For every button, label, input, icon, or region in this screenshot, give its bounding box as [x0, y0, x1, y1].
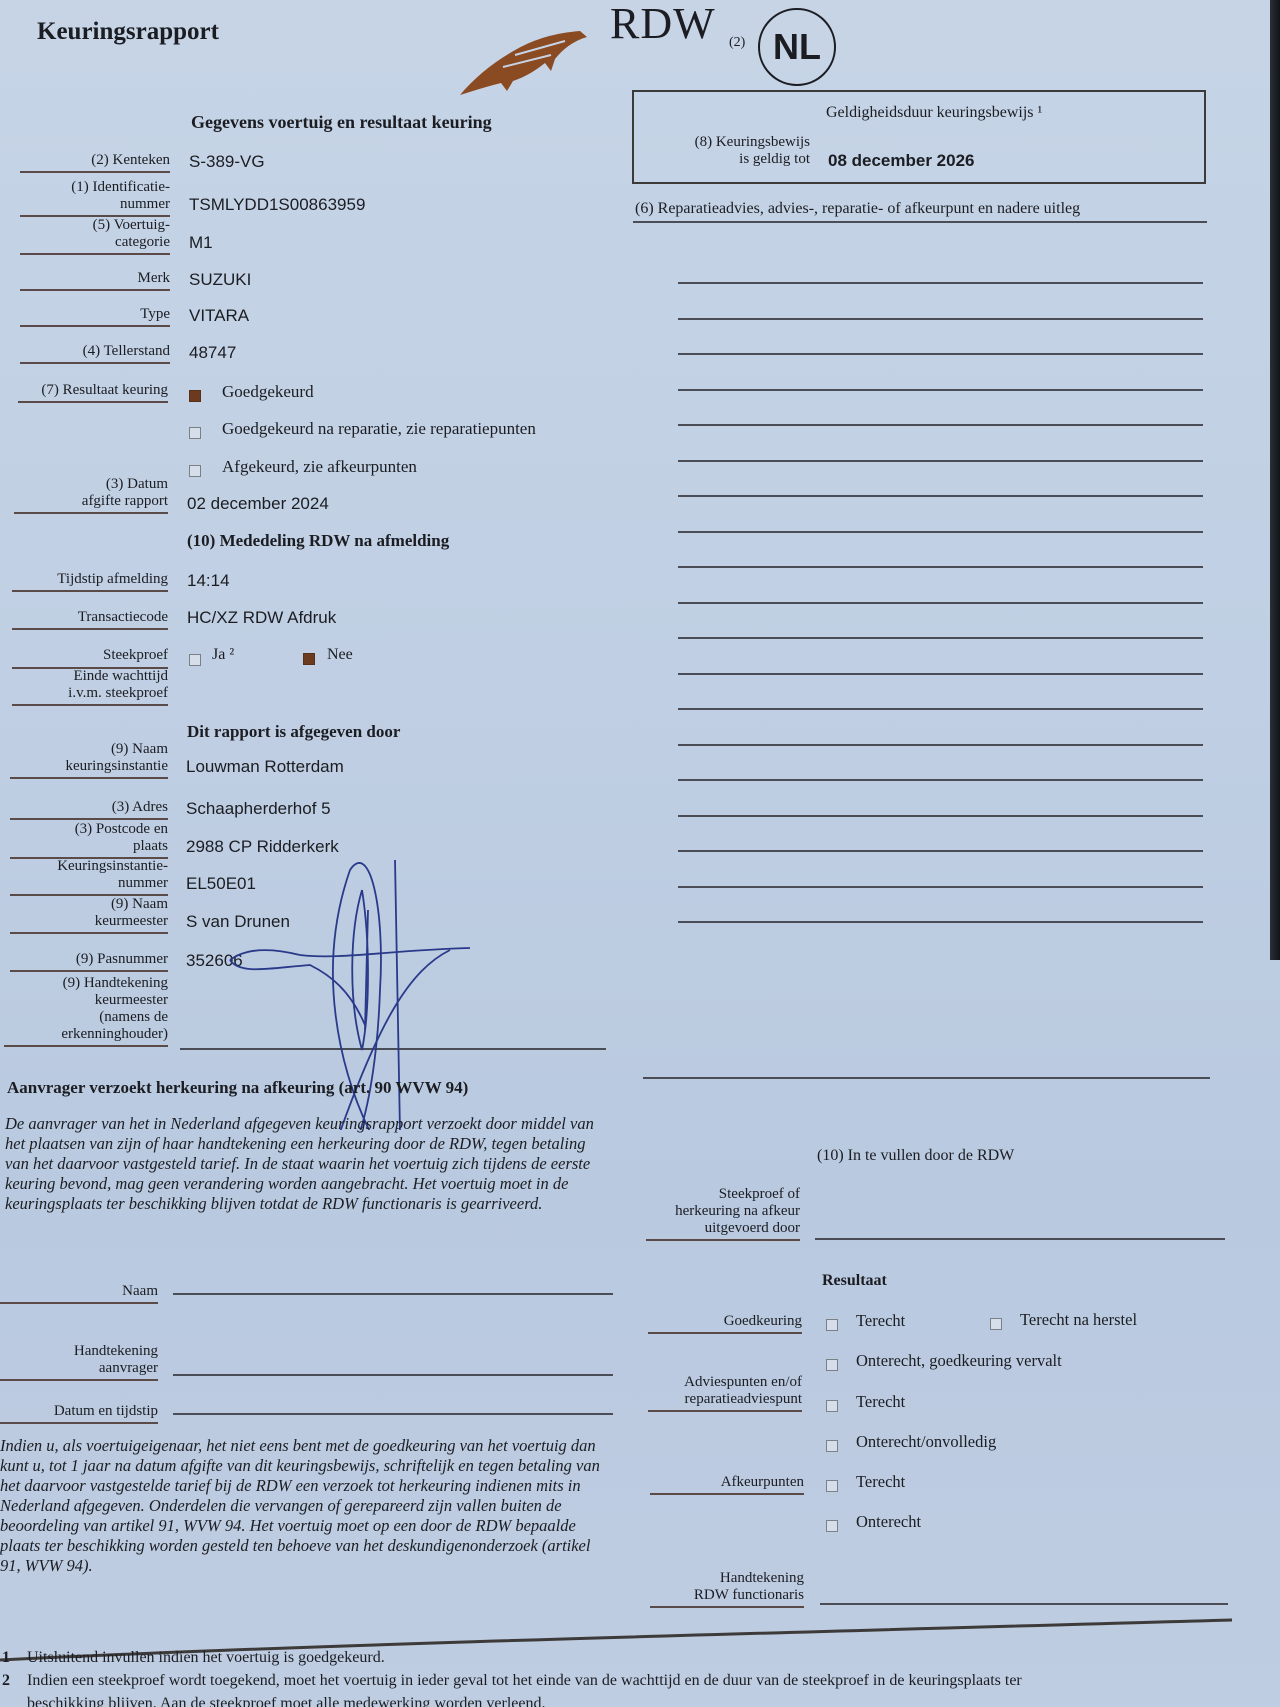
reinspection-heading: Aanvrager verzoekt herkeuring na afkeuri…	[7, 1078, 468, 1098]
vehicle-field-label: (5) Voertuig- categorie	[20, 217, 170, 255]
result-checkbox[interactable]	[189, 427, 201, 439]
validity-title: Geldigheidsduur keuringsbewijs ¹	[826, 104, 1042, 122]
inspector-signature-line[interactable]	[180, 1048, 606, 1050]
performed-by-label: Steekproef of herkeuring na afkeur uitge…	[646, 1186, 800, 1241]
vehicle-field-label: (1) Identificatie- nummer	[20, 179, 170, 217]
rdw-result-checkbox[interactable]	[826, 1400, 838, 1412]
repair-line[interactable]	[678, 850, 1203, 852]
rdw-result-checkbox[interactable]	[826, 1480, 838, 1492]
country-note: (2)	[729, 35, 745, 51]
issuer-heading: Dit rapport is afgegeven door	[187, 722, 400, 742]
footnote-number: 1	[2, 1648, 10, 1668]
issuer-field-label: (9) Naam keuringsinstantie	[10, 741, 168, 779]
transaction-label: Transactiecode	[12, 609, 168, 630]
repair-line[interactable]	[678, 353, 1203, 355]
repair-line[interactable]	[678, 637, 1203, 639]
advice-label: Adviespunten en/of reparatieadviespunt	[648, 1374, 802, 1412]
repair-heading-rule	[633, 221, 1207, 223]
issuer-field-label: (9) Naam keurmeester	[10, 896, 168, 934]
repair-line[interactable]	[678, 282, 1203, 284]
vehicle-field-label: (4) Tellerstand	[20, 343, 170, 364]
result-heading: Resultaat	[822, 1272, 887, 1290]
owner-reinspection-text: Indien u, als voertuigeigenaar, het niet…	[0, 1436, 600, 1576]
rdw-result-checkbox[interactable]	[990, 1318, 1002, 1330]
rdw-section-heading: (10) In te vullen door de RDW	[817, 1147, 1014, 1165]
transaction-value: HC/XZ RDW Afdruk	[187, 608, 336, 628]
repair-line[interactable]	[678, 708, 1203, 710]
rdw-wordmark: RDW	[610, 0, 716, 49]
reject-label: Afkeurpunten	[650, 1474, 804, 1495]
result-option-label: Goedgekeurd	[222, 382, 314, 402]
applicant-signature-label: Handtekening aanvrager	[0, 1343, 158, 1381]
result-checkbox[interactable]	[189, 390, 201, 402]
repair-line[interactable]	[678, 389, 1203, 391]
rdw-result-option-label: Onterecht	[856, 1512, 921, 1532]
repair-line[interactable]	[643, 1077, 1210, 1079]
issuer-field-value: EL50E01	[186, 874, 256, 894]
issuer-field-label: Keuringsinstantie- nummer	[10, 858, 168, 896]
country-badge: NL	[758, 8, 836, 86]
rdw-feather-logo-icon	[455, 25, 590, 100]
issue-date-value: 02 december 2024	[187, 494, 329, 514]
repair-line[interactable]	[678, 460, 1203, 462]
vehicle-field-label: Type	[20, 306, 170, 327]
repair-line[interactable]	[678, 424, 1203, 426]
time-label: Tijdstip afmelding	[12, 571, 168, 592]
vehicle-heading: Gegevens voertuig en resultaat keuring	[191, 112, 492, 133]
rdw-result-option-label: Terecht	[856, 1392, 905, 1412]
validity-date: 08 december 2026	[828, 151, 975, 171]
result-option-label: Goedgekeurd na reparatie, zie reparatiep…	[222, 419, 536, 439]
result-checkbox[interactable]	[189, 465, 201, 477]
repair-line[interactable]	[678, 566, 1203, 568]
vehicle-field-value: VITARA	[189, 306, 249, 326]
issuer-field-value: 352606	[186, 951, 243, 971]
sample-yes-checkbox[interactable]	[189, 654, 201, 666]
reinspection-text: De aanvrager van het in Nederland afgege…	[5, 1114, 595, 1214]
rdw-result-checkbox[interactable]	[826, 1359, 838, 1371]
applicant-signature-field[interactable]	[173, 1374, 613, 1376]
notice-heading: (10) Mededeling RDW na afmelding	[187, 531, 449, 551]
repair-line[interactable]	[678, 744, 1203, 746]
vehicle-field-value: 48747	[189, 343, 236, 363]
issuer-field-value: 2988 CP Ridderkerk	[186, 837, 339, 857]
rdw-result-checkbox[interactable]	[826, 1520, 838, 1532]
applicant-datetime-label: Datum en tijdstip	[0, 1403, 158, 1424]
sample-no-label: Nee	[327, 646, 353, 664]
footnote-text: beschikking blijven. Aan de steekproef m…	[27, 1694, 546, 1707]
vehicle-field-value: TSMLYDD1S00863959	[189, 195, 365, 215]
photo-edge	[1270, 0, 1280, 960]
repair-line[interactable]	[678, 779, 1203, 781]
rdw-result-checkbox[interactable]	[826, 1440, 838, 1452]
rdw-result-option-label: Onterecht, goedkeuring vervalt	[856, 1351, 1062, 1371]
repair-line[interactable]	[678, 495, 1203, 497]
repair-line[interactable]	[678, 815, 1203, 817]
vehicle-field-value: SUZUKI	[189, 270, 251, 290]
sample-label: Steekproef	[12, 647, 168, 666]
approval-label: Goedkeuring	[648, 1313, 802, 1334]
issuer-field-value: Louwman Rotterdam	[186, 757, 344, 777]
rdw-result-option-label: Onterecht/onvolledig	[856, 1432, 996, 1452]
footnote-number: 2	[2, 1671, 10, 1691]
vehicle-field-value: S-389-VG	[189, 152, 265, 172]
vehicle-field-value: M1	[189, 233, 213, 253]
issuer-field-value: Schaapherderhof 5	[186, 799, 331, 819]
repair-line[interactable]	[678, 921, 1203, 923]
inspector-signature-label: (9) Handtekening keurmeester (namens de …	[4, 975, 168, 1047]
vehicle-field-label: (2) Kenteken	[20, 152, 170, 173]
issuer-field-value: S van Drunen	[186, 912, 290, 932]
result-label: (7) Resultaat keuring	[18, 382, 168, 403]
repair-heading: (6) Reparatieadvies, advies-, reparatie-…	[635, 200, 1080, 218]
sample-no-checkbox[interactable]	[303, 653, 315, 665]
validity-label: (8) Keuringsbewijs is geldig tot	[650, 134, 810, 168]
sample-yes-label: Ja ²	[212, 646, 234, 664]
applicant-datetime-field[interactable]	[173, 1413, 613, 1415]
repair-line[interactable]	[678, 602, 1203, 604]
footnote-text: Uitsluitend invullen indien het voertuig…	[27, 1648, 385, 1668]
rdw-result-option-label: Terecht na herstel	[1020, 1310, 1137, 1330]
repair-line[interactable]	[678, 886, 1203, 888]
footnote-text: Indien een steekproef wordt toegekend, m…	[27, 1671, 1022, 1691]
repair-line[interactable]	[678, 531, 1203, 533]
rdw-result-option-label: Terecht	[856, 1472, 905, 1492]
rdw-result-checkbox[interactable]	[826, 1319, 838, 1331]
issuer-field-label: (3) Postcode en plaats	[10, 821, 168, 859]
applicant-name-label: Naam	[0, 1283, 158, 1304]
issuer-field-label: (3) Adres	[10, 799, 168, 820]
repair-line[interactable]	[678, 673, 1203, 675]
result-option-label: Afgekeurd, zie afkeurpunten	[222, 457, 417, 477]
document-title: Keuringsrapport	[37, 18, 219, 46]
wait-label: Einde wachttijd i.v.m. steekproef	[12, 668, 168, 706]
rdw-signature-label: Handtekening RDW functionaris	[650, 1570, 804, 1608]
applicant-name-field[interactable]	[173, 1293, 613, 1295]
issuer-field-label: (9) Pasnummer	[10, 951, 168, 972]
time-value: 14:14	[187, 571, 230, 591]
rdw-result-option-label: Terecht	[856, 1311, 905, 1331]
vehicle-field-label: Merk	[20, 270, 170, 291]
issue-date-label: (3) Datum afgifte rapport	[14, 476, 168, 514]
repair-line[interactable]	[678, 318, 1203, 320]
performed-by-field[interactable]	[815, 1238, 1225, 1240]
